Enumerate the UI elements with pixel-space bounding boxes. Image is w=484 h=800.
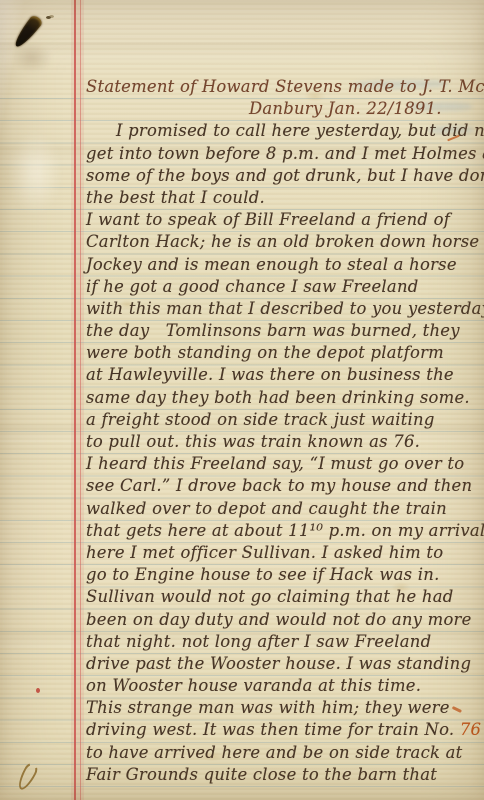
- manuscript-page: Statement of Howard Stevens made to J. T…: [0, 0, 484, 800]
- scan-vignette: [0, 0, 484, 800]
